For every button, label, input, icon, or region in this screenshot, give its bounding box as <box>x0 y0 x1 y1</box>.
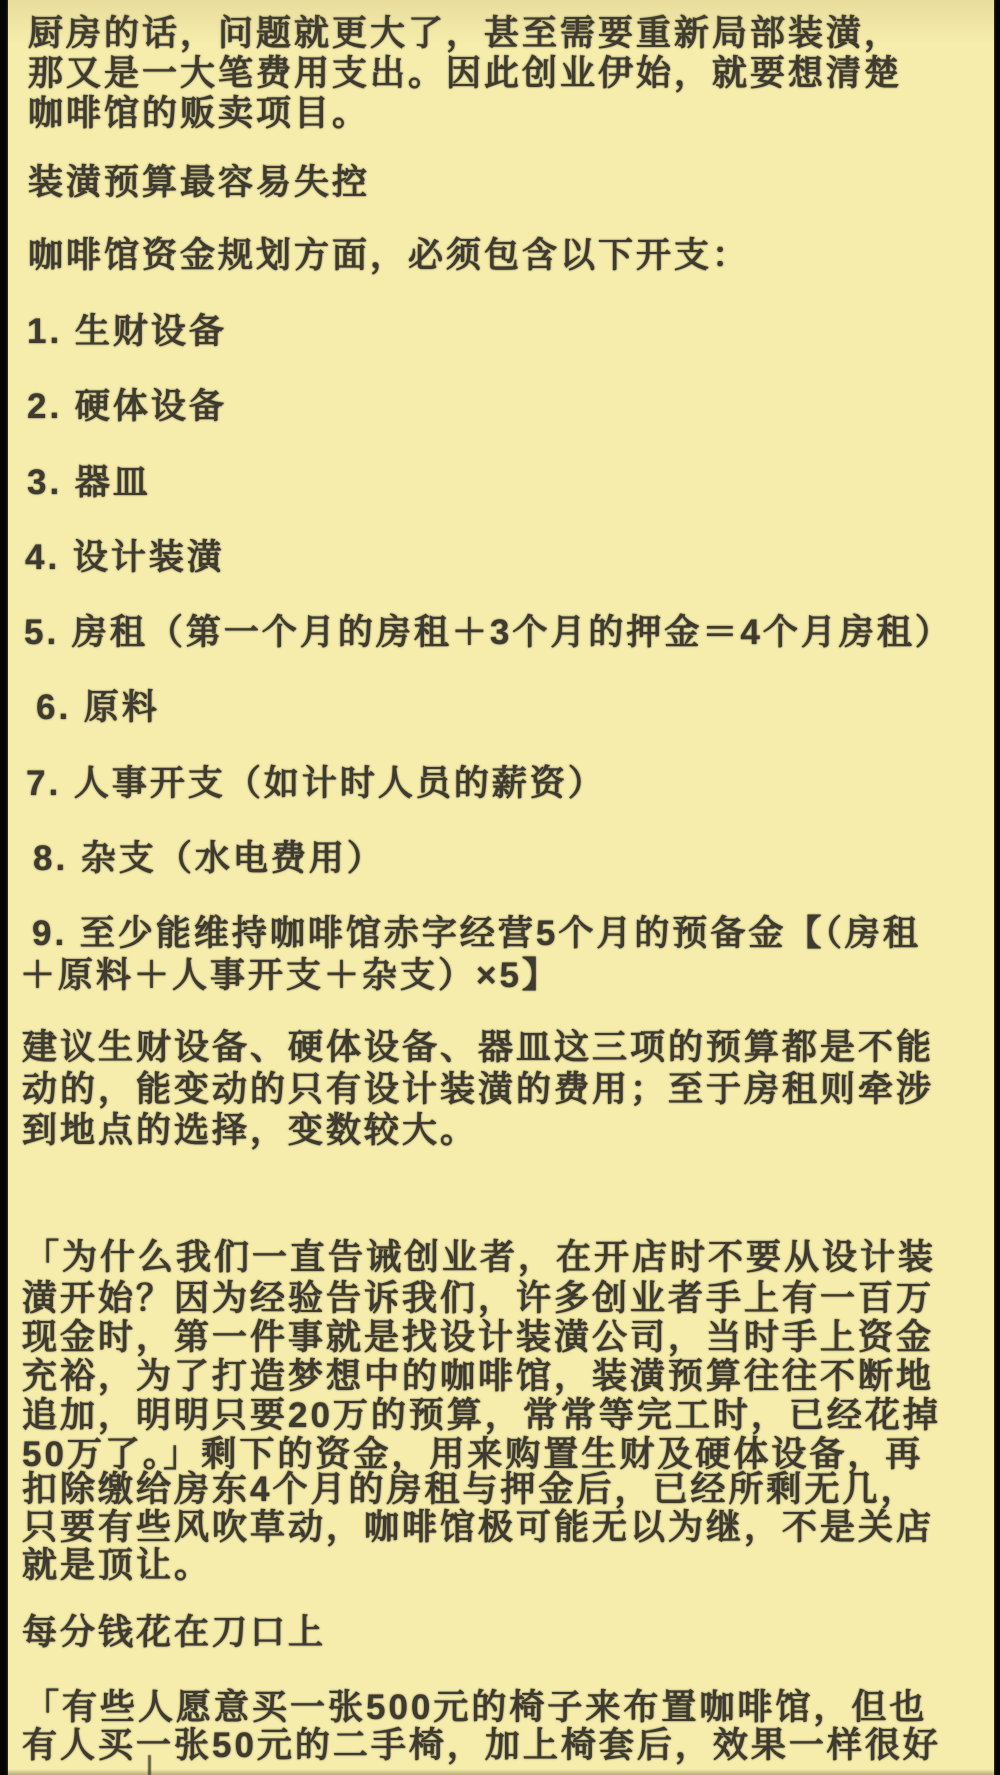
text-line-list-item-11: 6. 原料 <box>36 680 160 730</box>
right-black-border <box>994 0 1000 1775</box>
text-line-heading-28: 每分钱花在刀口上 <box>22 1605 326 1655</box>
left-black-border <box>0 0 8 1775</box>
text-line-body-5: 咖啡馆资金规划方面，必须包含以下开支： <box>28 228 750 278</box>
text-line-body-18: 到地点的选择，变数较大。 <box>22 1103 478 1153</box>
partial-character-stroke <box>148 1755 151 1775</box>
text-line-list-item-6: 1. 生财设备 <box>27 304 227 354</box>
photo-page: 厨房的话，问题就更大了，甚至需要重新局部装潢，那又是一大笔费用支出。因此创业伊始… <box>0 0 1000 1775</box>
text-line-quote-27: 就是顶让。 <box>22 1538 212 1588</box>
text-line-quote-30: 有人买一张50元的二手椅，加上椅套后，效果一样很好 <box>22 1718 941 1768</box>
text-line-list-item-15: ＋原料＋人事开支＋杂支）×5】 <box>20 948 560 998</box>
text-line-list-item-13: 8. 杂支（水电费用） <box>33 831 385 881</box>
text-line-list-item-10: 5. 房租（第一个月的房租＋3个月的押金＝4个月房租） <box>24 605 953 655</box>
text-line-list-item-8: 3. 器皿 <box>27 455 151 505</box>
page-content: 厨房的话，问题就更大了，甚至需要重新局部装潢，那又是一大笔费用支出。因此创业伊始… <box>0 0 1000 1775</box>
text-line-heading-4: 装潢预算最容易失控 <box>28 155 370 205</box>
text-line-list-item-9: 4. 设计装潢 <box>25 530 225 580</box>
text-line-body-3: 咖啡馆的贩卖项目。 <box>28 86 370 136</box>
text-line-list-item-12: 7. 人事开支（如计时人员的薪资） <box>26 756 606 806</box>
text-line-list-item-7: 2. 硬体设备 <box>27 379 227 429</box>
